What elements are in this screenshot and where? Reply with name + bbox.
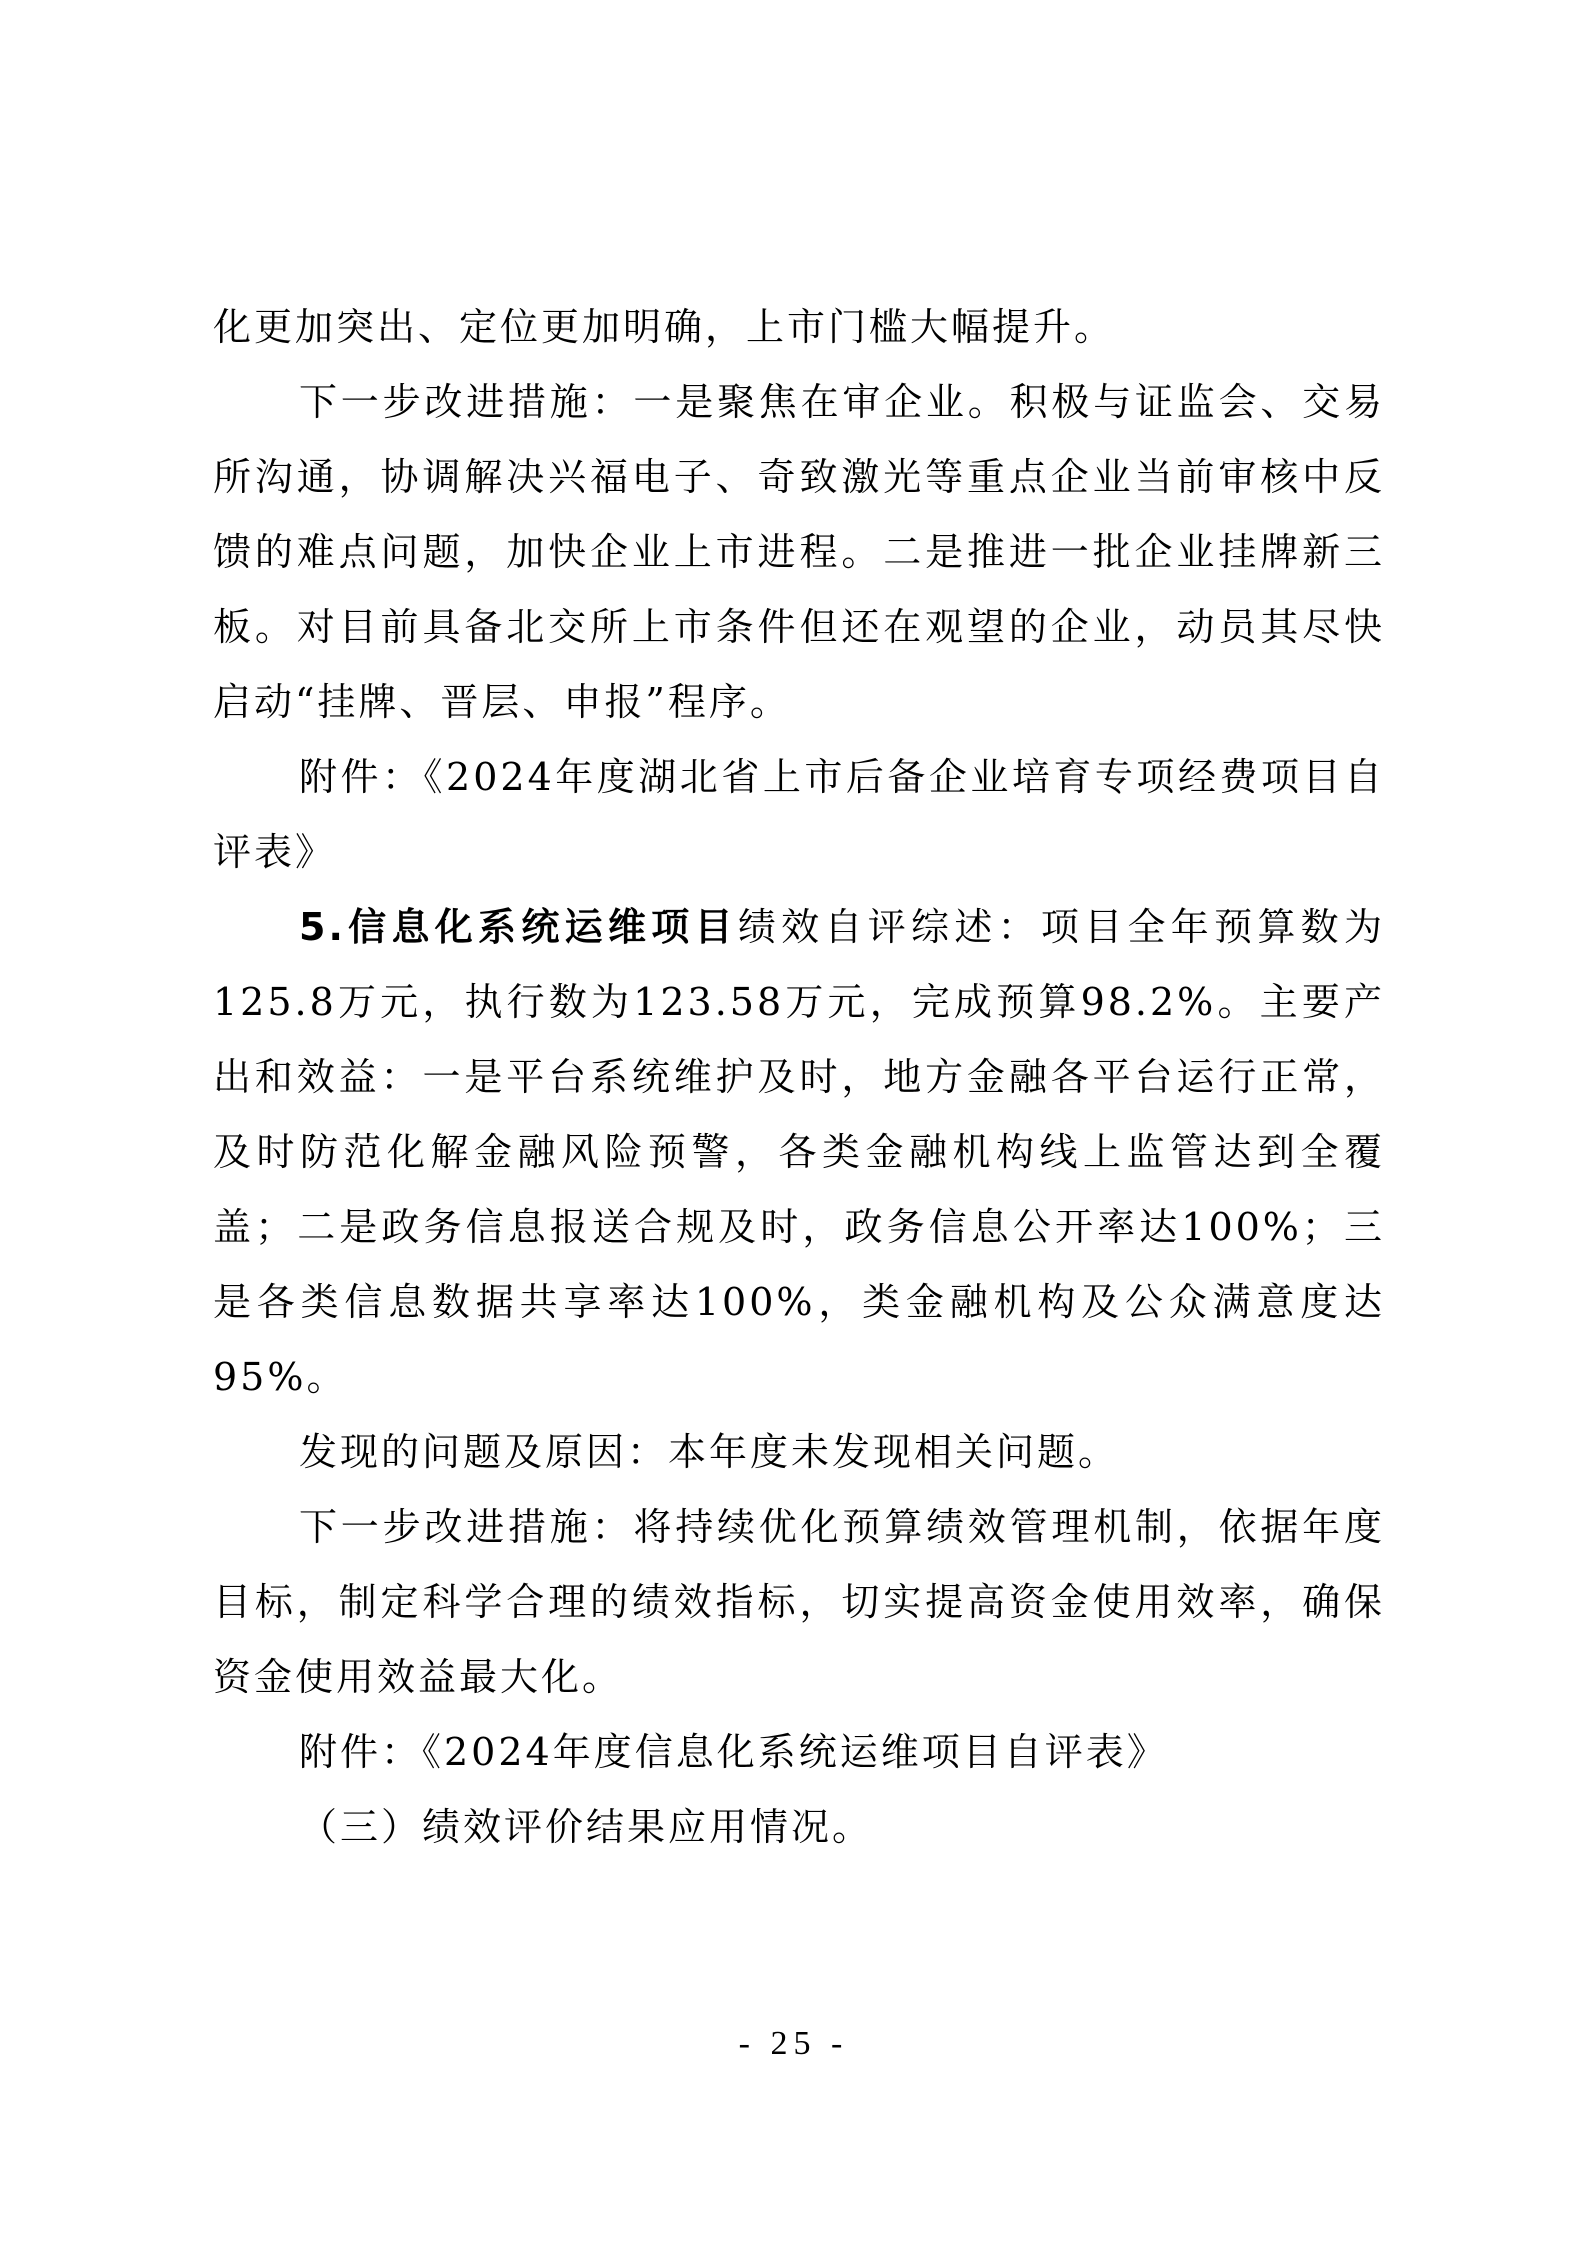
paragraph-attachment-listing-form: 附件：《2024年度湖北省上市后备企业培育专项经费项目自评表》 <box>213 740 1385 890</box>
it-ops-summary-text: 绩效自评综述：项目全年预算数为125.8万元，执行数为123.58万元，完成预算… <box>213 905 1385 1399</box>
page-number: - 25 - <box>0 2025 1587 2063</box>
paragraph-next-steps-it-ops: 下一步改进措施：将持续优化预算绩效管理机制，依据年度目标，制定科学合理的绩效指标… <box>213 1490 1385 1715</box>
paragraph-next-steps-listing: 下一步改进措施：一是聚焦在审企业。积极与证监会、交易所沟通，协调解决兴福电子、奇… <box>213 365 1385 740</box>
paragraph-issues-found: 发现的问题及原因：本年度未发现相关问题。 <box>213 1415 1385 1490</box>
subsection-heading-results-application: （三）绩效评价结果应用情况。 <box>213 1790 1385 1865</box>
section-heading-it-ops: 5.信息化系统运维项目 <box>299 905 738 949</box>
document-page: 化更加突出、定位更加明确，上市门槛大幅提升。 下一步改进措施：一是聚焦在审企业。… <box>213 290 1385 1865</box>
paragraph-attachment-it-ops-form: 附件：《2024年度信息化系统运维项目自评表》 <box>213 1715 1385 1790</box>
paragraph-listing-threshold: 化更加突出、定位更加明确，上市门槛大幅提升。 <box>213 290 1385 365</box>
paragraph-it-ops-summary: 5.信息化系统运维项目绩效自评综述：项目全年预算数为125.8万元，执行数为12… <box>213 890 1385 1415</box>
